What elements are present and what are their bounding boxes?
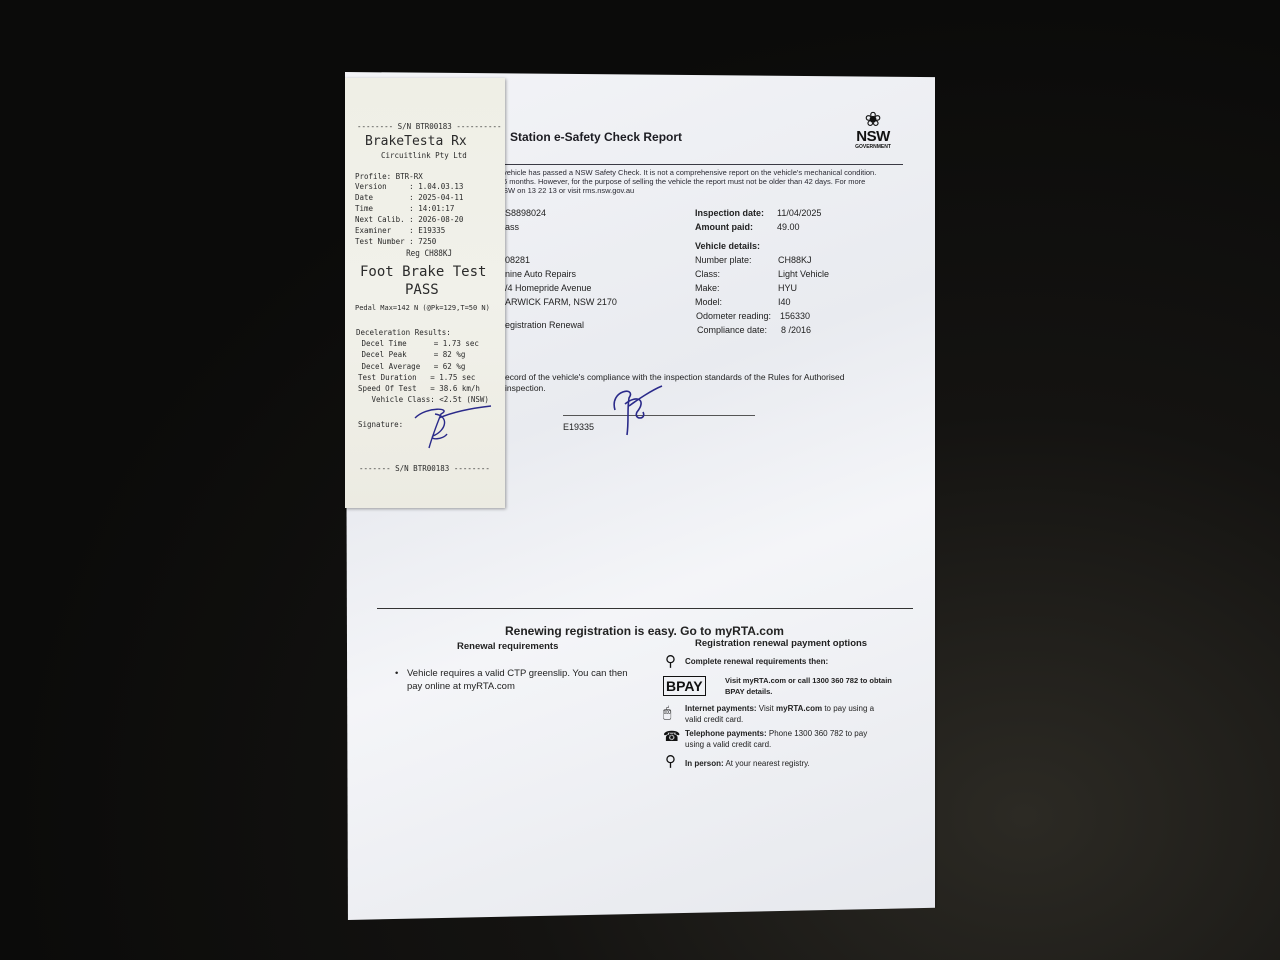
receipt-test-number: Test Number : 7250: [355, 237, 436, 246]
odometer-label: Odometer reading:: [696, 311, 771, 321]
requirement-line: Vehicle requires a valid CTP greenslip. …: [407, 667, 628, 680]
in-person-label: In person:: [685, 759, 724, 768]
compliance-statement: ecord of the vehicle's compliance with t…: [505, 372, 844, 394]
vehicle-details-heading: Vehicle details:: [695, 241, 760, 251]
renewal-headline: Renewing registration is easy. Go to myR…: [505, 624, 784, 638]
number-plate-label: Number plate:: [695, 255, 752, 265]
model-label: Model:: [695, 297, 722, 307]
person-icon: ⚲: [665, 652, 676, 670]
receipt-decel-peak: Decel Peak = 82 %g: [357, 350, 465, 359]
complete-requirements-text: Complete renewal requirements then:: [685, 657, 828, 666]
receipt-decel-average: Decel Average = 62 %g: [357, 362, 465, 371]
model-value: I40: [778, 297, 791, 307]
receipt-decel-time: Decel Time = 1.73 sec: [357, 339, 479, 348]
check-class: ass: [505, 222, 519, 232]
compliance-line: ecord of the vehicle's compliance with t…: [505, 372, 844, 383]
logo-name: NSW: [850, 130, 896, 144]
internet-payments: Internet payments: Visit myRTA.com to pa…: [685, 703, 874, 725]
bpay-line: BPAY details.: [725, 686, 892, 697]
waratah-flower-icon: ❀: [850, 110, 896, 130]
receipt-speed-of-test: Speed Of Test = 38.6 km/h: [358, 384, 480, 393]
compliance-line: inspection.: [505, 383, 844, 394]
telephone-label: Telephone payments:: [685, 729, 767, 738]
make-label: Make:: [695, 283, 720, 293]
intro-text: vehicle has passed a NSW Safety Check. I…: [503, 168, 876, 195]
header-rule: [503, 164, 903, 165]
renewal-rule: [377, 608, 913, 609]
receipt-company: Circuitlink Pty Ltd: [381, 151, 467, 160]
bpay-text: Visit myRTA.com or call 1300 360 782 to …: [725, 675, 892, 697]
class-label: Class:: [695, 269, 720, 279]
intro-line: 6 months. However, for the purpose of se…: [503, 177, 876, 186]
bpay-logo: BPAY: [663, 676, 706, 696]
payment-options-heading: Registration renewal payment options: [695, 638, 867, 649]
renewal-requirement-item: • Vehicle requires a valid CTP greenslip…: [395, 667, 628, 693]
inspection-purpose: egistration Renewal: [505, 320, 584, 330]
receipt-profile: Profile: BTR-RX: [355, 172, 423, 181]
station-number: S8898024: [505, 208, 546, 218]
number-plate-value: CH88KJ: [778, 255, 812, 265]
receipt-next-calibration: Next Calib. : 2026-08-20: [355, 215, 463, 224]
brake-test-receipt: -------- S/N BTR00183 ---------- BrakeTe…: [345, 78, 505, 508]
compliance-date-value: 8 /2016: [781, 325, 811, 335]
make-value: HYU: [778, 283, 797, 293]
receipt-test-duration: Test Duration = 1.75 sec: [358, 373, 475, 382]
telephone-text: using a valid credit card.: [685, 739, 867, 750]
bullet-icon: •: [395, 668, 398, 679]
station-id: 08281: [505, 255, 530, 265]
intro-line: vehicle has passed a NSW Safety Check. I…: [503, 168, 876, 177]
internet-label: Internet payments:: [685, 704, 757, 713]
station-name: nine Auto Repairs: [505, 269, 576, 279]
person-icon: ⚲: [665, 752, 676, 770]
intro-line: SW on 13 22 13 or visit rms.nsw.gov.au: [503, 186, 876, 195]
in-person-text: At your nearest registry.: [724, 759, 810, 768]
examiner-signature: [607, 380, 667, 440]
receipt-signature-label: Signature:: [358, 420, 403, 429]
receipt-brand: BrakeTesta Rx: [365, 134, 467, 150]
requirement-line: pay online at myRTA.com: [407, 680, 628, 693]
station-suburb: ARWICK FARM, NSW 2170: [505, 297, 617, 307]
receipt-vehicle-class: Vehicle Class: <2.5t (NSW): [358, 395, 489, 404]
receipt-serial-top: -------- S/N BTR00183 ----------: [357, 122, 502, 131]
receipt-registration: Reg CH88KJ: [406, 250, 452, 259]
receipt-time: Time : 14:01:17: [355, 204, 454, 213]
myrta-link: myRTA.com: [776, 704, 822, 713]
receipt-version: Version : 1.04.03.13: [355, 182, 463, 191]
internet-text: Visit: [757, 704, 776, 713]
internet-text: to pay using a: [822, 704, 874, 713]
receipt-result-pass: PASS: [405, 282, 439, 298]
amount-paid-value: 49.00: [777, 222, 800, 232]
receipt-pedal: Pedal Max=142 N (@Pk=129,T=50 N): [355, 304, 490, 313]
compliance-date-label: Compliance date:: [697, 325, 767, 335]
class-value: Light Vehicle: [778, 269, 829, 279]
internet-text: valid credit card.: [685, 714, 874, 725]
telephone-payments: Telephone payments: Phone 1300 360 782 t…: [685, 728, 867, 750]
receipt-signature: [413, 404, 493, 452]
station-address: /4 Homepride Avenue: [505, 283, 591, 293]
receipt-test-name: Foot Brake Test: [360, 264, 486, 280]
logo-sub: GOVERNMENT: [850, 144, 896, 150]
telephone-text: Phone 1300 360 782 to pay: [767, 729, 868, 738]
in-person: In person: At your nearest registry.: [685, 759, 810, 768]
receipt-serial-bottom: ------- S/N BTR00183 --------: [359, 464, 490, 473]
inspection-date-label: Inspection date:: [695, 208, 764, 218]
nsw-government-logo: ❀ NSW GOVERNMENT: [850, 110, 896, 150]
inspection-date-value: 11/04/2025: [777, 208, 821, 218]
telephone-icon: ☎: [663, 728, 680, 745]
receipt-date: Date : 2025-04-11: [355, 193, 463, 202]
examiner-id: E19335: [563, 422, 594, 432]
amount-paid-label: Amount paid:: [695, 222, 753, 232]
renewal-requirements-heading: Renewal requirements: [457, 641, 558, 652]
bpay-line: Visit myRTA.com or call 1300 360 782 to …: [725, 675, 892, 686]
odometer-value: 156330: [780, 311, 810, 321]
computer-mouse-icon: 🖱: [663, 704, 671, 721]
report-title: Station e-Safety Check Report: [510, 130, 682, 144]
receipt-decel-heading: Deceleration Results:: [356, 328, 451, 337]
receipt-examiner: Examiner : E19335: [355, 226, 445, 235]
